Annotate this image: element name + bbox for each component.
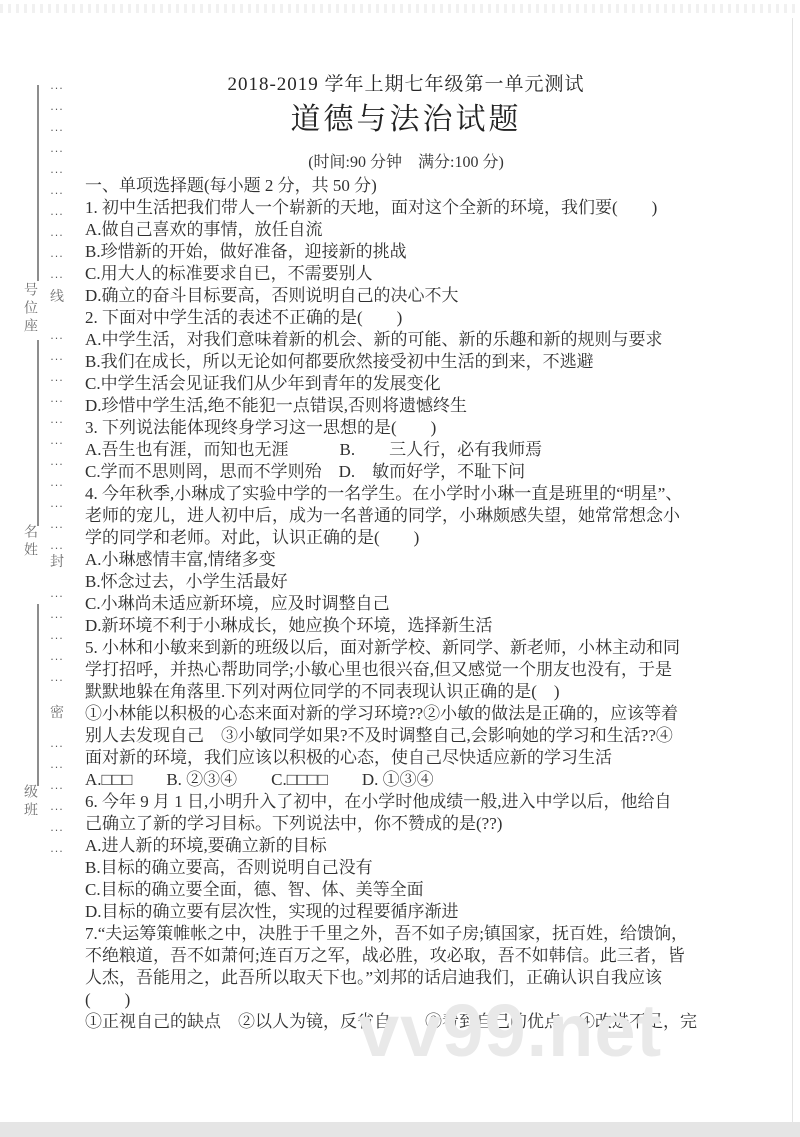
seal-line-segment (37, 604, 39, 786)
text-line: A.做自己喜欢的事情，放任自流 (85, 219, 727, 241)
section-heading: 一、单项选择题(每小题 2 分，共 50 分) (85, 175, 727, 197)
seal-dot-row: ··· (46, 120, 68, 141)
seal-dot-row: ··· (46, 204, 68, 225)
seal-dot-row: ··· (46, 628, 68, 649)
exam-time-score: (时间:90 分钟 满分:100 分) (85, 152, 727, 174)
text-line: D.目标的确立要有层次性，实现的过程要循序渐进 (85, 901, 727, 923)
seal-dotted-line: ·················· (46, 736, 68, 862)
seal-dot-row: ··· (46, 391, 68, 412)
seal-dot-row: ··· (46, 778, 68, 799)
seal-char-mi: 密 (48, 702, 66, 722)
student-name-label: 名姓 (21, 524, 39, 560)
text-line: 1. 初中生活把我们带人一个崭新的天地，面对这个全新的环境，我们要( ) (85, 197, 727, 219)
class-label: 级班 (21, 784, 39, 820)
seal-dot-row: ··· (46, 349, 68, 370)
text-line: B.目标的确立要高，否则说明自己没有 (85, 857, 727, 879)
text-line: 老师的宠儿，进人初中后，成为一名普通的同学，小琳颇感失望，她常常想念小 (85, 505, 727, 527)
seat-number-label: 号位座 (21, 282, 39, 336)
seal-char-feng: 封 (48, 551, 66, 571)
text-line: 学的同学和老师。对此，认识正确的是( ) (85, 527, 727, 549)
text-line: 2. 下面对中学生活的表述不正确的是( ) (85, 307, 727, 329)
text-line: 默默地躲在角落里.下列对两位同学的不同表现认识正确的是( ) (85, 681, 727, 703)
text-line: A.进人新的环境,要确立新的目标 (85, 835, 727, 857)
text-line: 己确立了新的学习目标。下列说法中，你不赞成的是(??) (85, 813, 727, 835)
seal-dot-row: ··· (46, 607, 68, 628)
seal-dot-row: ··· (46, 586, 68, 607)
exam-title: 道德与法治试题 (85, 100, 727, 140)
text-line: 5. 小林和小敏来到新的班级以后，面对新学校、新同学、新老师，小林主动和同 (85, 637, 727, 659)
scan-right-edge (792, 18, 793, 1128)
seal-dot-row: ··· (46, 183, 68, 204)
seal-dot-row: ··· (46, 649, 68, 670)
exam-session-title: 2018-2019 学年上期七年级第一单元测试 (85, 72, 727, 98)
seal-line-segment (37, 85, 39, 281)
text-line: 别人去发现自己 ③小敏同学如果?不及时调整自己,会影响她的学习和生活??④ (85, 725, 727, 747)
seal-dot-row: ··· (46, 670, 68, 691)
text-line: 3. 下列说法能体现终身学习这一思想的是( ) (85, 417, 727, 439)
seal-dot-row: ··· (46, 433, 68, 454)
text-line: C.用大人的标准要求自已，不需要别人 (85, 263, 727, 285)
text-line: 6. 今年 9 月 1 日,小明升入了初中，在小学时他成绩一般,进入中学以后，他… (85, 791, 727, 813)
text-line: 4. 今年秋季,小琳成了实验中学的一名学生。在小学时小琳一直是班里的“明星”、 (85, 483, 727, 505)
text-line: 不绝粮道，吾不如萧何;连百万之军，战必胜，攻必取，吾不如韩信。此三者，皆 (85, 945, 727, 967)
text-line: ①小林能以积极的心态来面对新的学习环境??②小敏的做法是正确的，应该等着 (85, 703, 727, 725)
exam-content: 2018-2019 学年上期七年级第一单元测试 道德与法治试题 (时间:90 分… (85, 72, 727, 1033)
seal-dot-row: ··· (46, 757, 68, 778)
seal-dot-row: ··· (46, 99, 68, 120)
text-line: D.珍惜中学生活,绝不能犯一点错误,否则将遗憾终生 (85, 395, 727, 417)
text-line: D.新环境不利于小琳成长，她应换个环境，选择新生活 (85, 615, 727, 637)
top-perforation-line (0, 4, 800, 13)
text-line: A.□□□ B. ②③④ C.□□□□ D. ①③④ (85, 769, 727, 791)
seal-dot-row: ··· (46, 841, 68, 862)
seal-dot-row: ··· (46, 820, 68, 841)
scan-bottom-band (0, 1122, 800, 1137)
seal-dot-row: ··· (46, 225, 68, 246)
text-line: B.我们在成长，所以无论如何都要欣然接受初中生活的到来，不逃避 (85, 351, 727, 373)
text-line: B.怀念过去，小学生活最好 (85, 571, 727, 593)
seal-dot-row: ··· (46, 78, 68, 99)
seal-dot-row: ··· (46, 475, 68, 496)
watermark: vv99.net (358, 988, 662, 1073)
text-line: 7.“夫运筹策帷帐之中，决胜于千里之外，吾不如子房;镇国家，抚百姓，给馈饷， (85, 923, 727, 945)
seal-dot-row: ··· (46, 328, 68, 349)
text-line: C.学而不思则罔，思而不学则殆 D. 敏而好学，不耻下问 (85, 461, 727, 483)
seal-dot-row: ··· (46, 799, 68, 820)
seal-dot-row: ··· (46, 370, 68, 391)
exam-paper-scan: 号位座 名姓 级班 ······························… (0, 0, 800, 1137)
seal-dot-row: ··· (46, 162, 68, 183)
question-lines: 1. 初中生活把我们带人一个崭新的天地，面对这个全新的环境，我们要( )A.做自… (85, 197, 727, 1033)
seal-dot-row: ··· (46, 267, 68, 288)
seal-dot-row: ··· (46, 246, 68, 267)
text-line: 学打招呼，并热心帮助同学;小敏心里也很兴奋,但又感觉一个朋友也没有，于是 (85, 659, 727, 681)
text-line: D.确立的奋斗目标要高，否则说明自己的决心不大 (85, 285, 727, 307)
text-line: 面对新的环境，我们应该以积极的心态，使自己尽快适应新的学习生活 (85, 747, 727, 769)
seal-dot-row: ··· (46, 412, 68, 433)
text-line: A.小琳感情丰富,情绪多变 (85, 549, 727, 571)
text-line: B.珍惜新的开始，做好准备，迎接新的挑战 (85, 241, 727, 263)
seal-dotted-line: ······························ (46, 78, 68, 288)
text-line: C.目标的确立要全面，德、智、体、美等全面 (85, 879, 727, 901)
seal-dotted-line: ································· (46, 328, 68, 559)
text-line: A.中学生活，对我们意味着新的机会、新的可能、新的乐趣和新的规则与要求 (85, 329, 727, 351)
seal-dot-row: ··· (46, 496, 68, 517)
text-line: A.吾生也有涯，而知也无涯 B. 三人行，必有我师焉 (85, 439, 727, 461)
seal-dotted-line: ··············· (46, 586, 68, 691)
seal-dot-row: ··· (46, 141, 68, 162)
seal-dot-row: ··· (46, 517, 68, 538)
text-line: C.中学生活会见证我们从少年到青年的发展变化 (85, 373, 727, 395)
text-line: C.小琳尚未适应新环境，应及时调整自己 (85, 593, 727, 615)
seal-line-segment (37, 340, 39, 526)
seal-dot-row: ··· (46, 454, 68, 475)
seal-dot-row: ··· (46, 736, 68, 757)
seal-char-line: 线 (48, 286, 66, 306)
text-line: 人杰，吾能用之，此吾所以取天下也。”刘邦的话启迪我们，正确认识自我应该 (85, 967, 727, 989)
